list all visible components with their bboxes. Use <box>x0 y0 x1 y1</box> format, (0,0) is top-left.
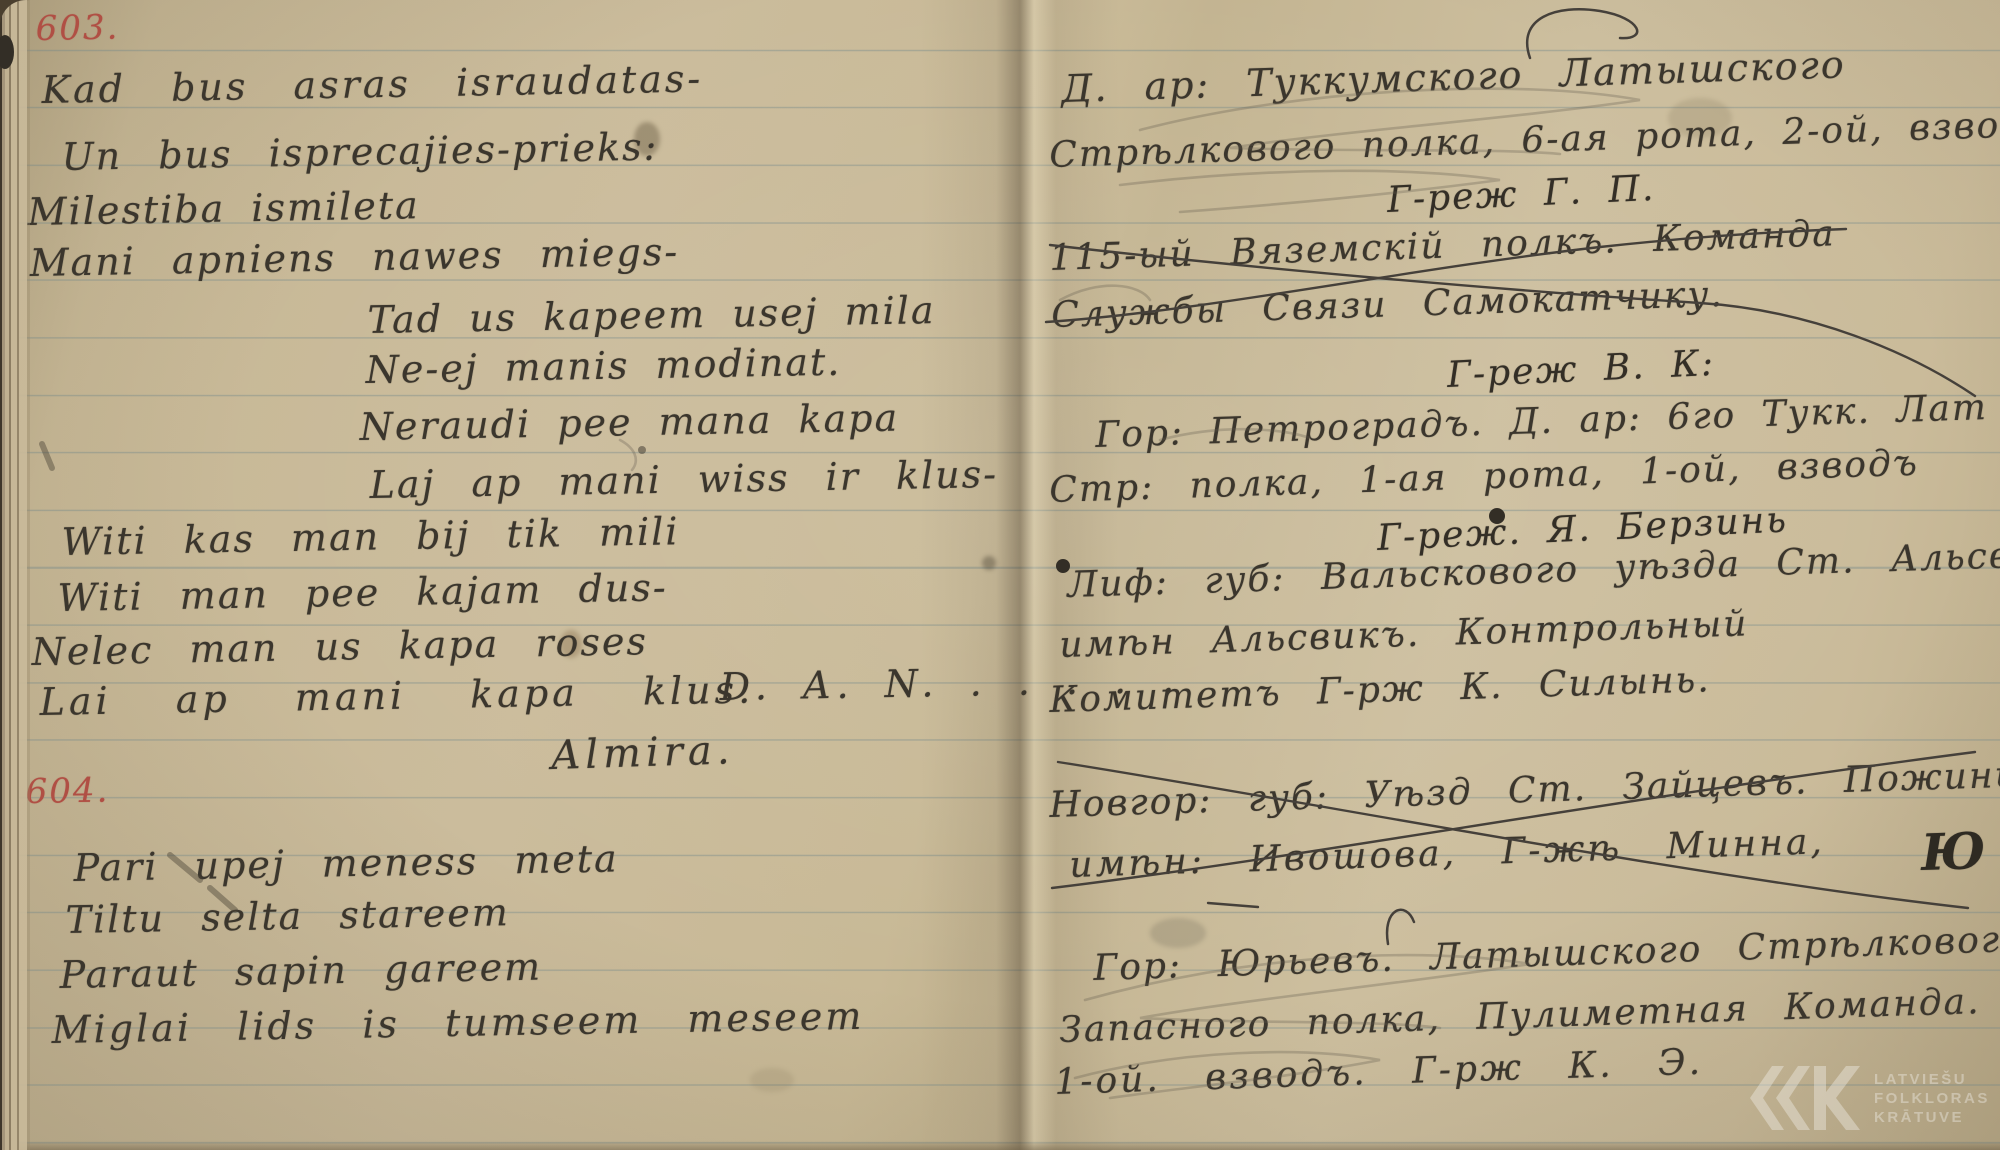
poem-603-line: Kad bus asras israudatas- <box>41 59 703 109</box>
poem-603-line: Witi man pee kajam dus- <box>57 568 668 617</box>
watermark-line: KRĀTUVE <box>1874 1108 1990 1127</box>
poem-603-line: Tad us kapeem usej mila <box>367 291 936 339</box>
signature-almira: Almira. <box>551 730 735 776</box>
watermark-line: LATVIEŠU <box>1874 1070 1990 1089</box>
page-number-604: 604. <box>25 774 109 809</box>
poem-603-line: Laj ap mani wiss ir klus- <box>369 455 998 504</box>
poem-603-line: Nelec man us kapa roses <box>31 622 648 671</box>
document-scan: 603. Kad bus asras israudatas- Un bus is… <box>0 0 2000 1150</box>
pencil-smudge-stain <box>1150 918 1206 948</box>
folkloras-kratuve-logo-icon <box>1750 1058 1862 1138</box>
poem-603-line: Neraudi pee mana kapa <box>359 399 899 446</box>
poem-604-line: Tiltu selta stareem <box>65 893 510 939</box>
poem-603-line: Un bus isprecajies-prieks: <box>61 128 658 176</box>
gutter-speck-stain <box>982 556 996 570</box>
page-bottom-edge <box>0 1141 2000 1150</box>
watermark-text: LATVIEŠU FOLKLORAS KRĀTUVE <box>1874 1070 1990 1127</box>
poem-603-line: Milestiba ismileta <box>27 186 420 231</box>
poem-604-line: Paraut sapin gareem <box>59 948 542 994</box>
page-stack-edge <box>0 0 32 1150</box>
faint-stain <box>750 1068 794 1092</box>
poem-603-line: Mani apniens nawes miegs- <box>29 233 679 282</box>
poem-604-line: Pari upej meness meta <box>73 839 619 887</box>
ink-mark-letter: Ю <box>1920 826 1988 878</box>
page-number-603: 603. <box>35 11 119 46</box>
poem-603-line: Witi kas man bij tik mili <box>61 512 679 561</box>
archive-watermark: LATVIEŠU FOLKLORAS KRĀTUVE <box>1750 1058 1990 1138</box>
watermark-line: FOLKLORAS <box>1874 1089 1990 1108</box>
poem-603-line: Ne-ej manis modinat. <box>365 343 841 389</box>
